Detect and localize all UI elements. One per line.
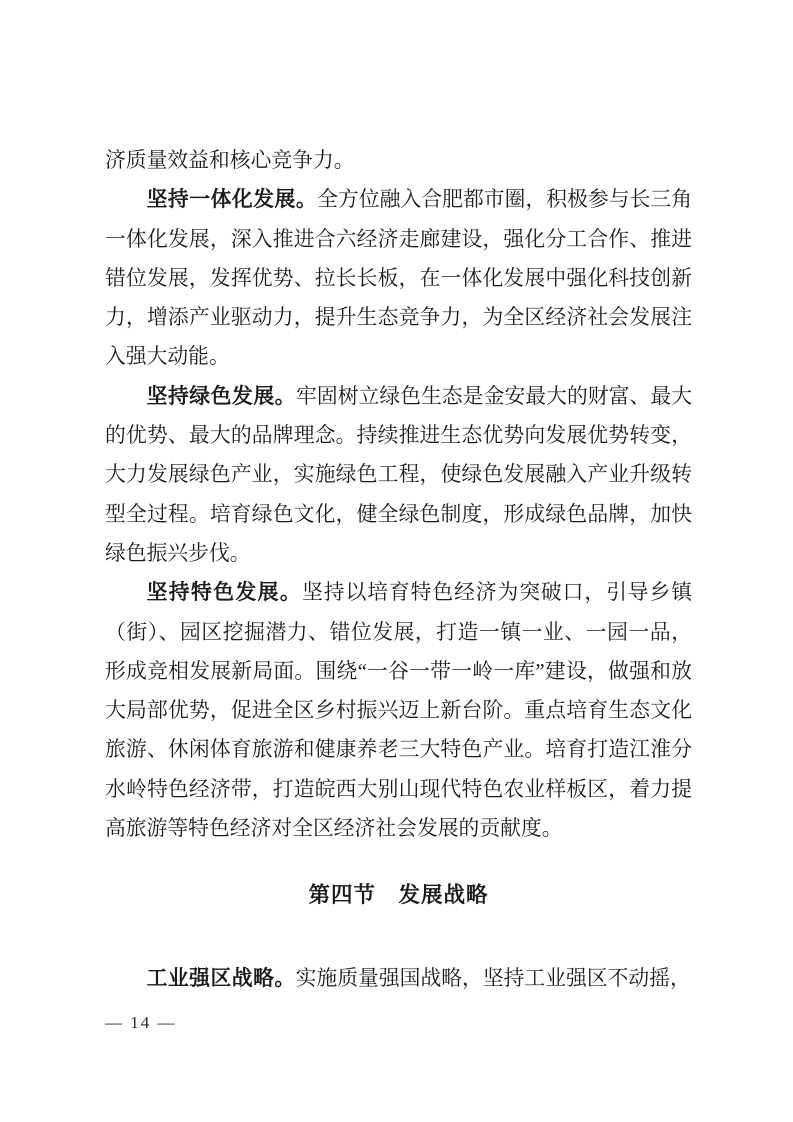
paragraph-lead: 工业强区战略。 bbox=[147, 967, 296, 990]
document-body: 济质量效益和核心竞争力。 坚持一体化发展。全方位融入合肥都市圈，积极参与长三角一… bbox=[105, 141, 692, 998]
paragraph-lead: 坚持特色发展。 bbox=[147, 581, 303, 604]
paragraph-continuation: 济质量效益和核心竞争力。 bbox=[105, 141, 692, 180]
paragraph-body: 全方位融入合肥都市圈，积极参与长三角一体化发展，深入推进合六经济走廊建设，强化分… bbox=[105, 188, 692, 368]
paragraph-body: 实施质量强国战略，坚持工业强区不动摇， bbox=[296, 967, 691, 990]
paragraph-integrated-development: 坚持一体化发展。全方位融入合肥都市圈，积极参与长三角一体化发展，深入推进合六经济… bbox=[105, 180, 692, 376]
paragraph-distinctive-development: 坚持特色发展。坚持以培育特色经济为突破口，引导乡镇（街）、园区挖掘潜力、错位发展… bbox=[105, 573, 692, 848]
paragraph-lead: 坚持绿色发展。 bbox=[147, 385, 296, 408]
section-heading: 第四节 发展战略 bbox=[105, 876, 692, 915]
paragraph-lead: 坚持一体化发展。 bbox=[147, 188, 318, 211]
paragraph-body: 牢固树立绿色生态是金安最大的财富、最大的优势、最大的品牌理念。持续推进生态优势向… bbox=[105, 385, 692, 565]
paragraph-body: 坚持以培育特色经济为突破口，引导乡镇（街）、园区挖掘潜力、错位发展，打造一镇一业… bbox=[105, 581, 692, 840]
document-page: 济质量效益和核心竞争力。 坚持一体化发展。全方位融入合肥都市圈，积极参与长三角一… bbox=[0, 0, 793, 1122]
paragraph-industrial-strategy: 工业强区战略。实施质量强国战略，坚持工业强区不动摇， bbox=[105, 959, 692, 998]
page-number: — 14 — bbox=[105, 1012, 177, 1034]
paragraph-green-development: 坚持绿色发展。牢固树立绿色生态是金安最大的财富、最大的优势、最大的品牌理念。持续… bbox=[105, 377, 692, 573]
